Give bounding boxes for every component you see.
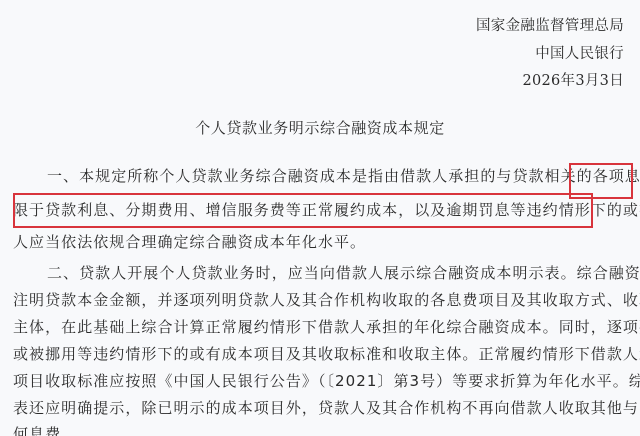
paragraph-line: 或被挪用等违约情形下的或有成本项目及其收取标准和收取主体。正常履约情形下借款人承…: [13, 343, 633, 364]
paragraph-line: 人应当依法依规合理确定综合融资成本年化水平。: [13, 231, 633, 252]
paragraph-line: 何息费。: [13, 423, 633, 436]
document-title: 个人贷款业务明示综合融资成本规定: [0, 117, 640, 138]
paragraph-line: 二、贷款人开展个人贷款业务时，应当向借款人展示综合融资成本明示表。综合融资成本明…: [13, 262, 640, 283]
issuer-nfra: 国家金融监督管理总局: [476, 14, 624, 35]
paragraph-line: 表还应明确提示，除已明示的成本项目外，贷款人及其合作机构不再向借款人收取其他与贷…: [13, 397, 633, 418]
paragraph-line: 注明贷款本金金额，并逐项列明贷款人及其合作机构收取的各息费项目及其收取方式、收取…: [13, 289, 633, 310]
issuer-pboc: 中国人民银行: [535, 42, 624, 63]
document-page: 国家金融监督管理总局 中国人民银行 2026年3月3日 个人贷款业务明示综合融资…: [0, 0, 640, 436]
paragraph-line: 项目收取标准应按照《中国人民银行公告》（〔2021〕第3号）等要求折算为年化水平…: [13, 370, 633, 391]
paragraph-line: 主体，在此基础上综合计算正常履约情形下借款人承担的年化综合融资成本。同时，逐项列…: [13, 316, 633, 337]
paragraph-line: 限于贷款利息、分期费用、增信服务费等正常履约成本，以及逾期罚息等违约情形下的或有…: [13, 199, 633, 220]
issue-date: 2026年3月3日: [522, 69, 624, 90]
paragraph-line: 一、本规定所称个人贷款业务综合融资成本是指由借款人承担的与贷款相关的各项息费，包…: [13, 165, 640, 186]
